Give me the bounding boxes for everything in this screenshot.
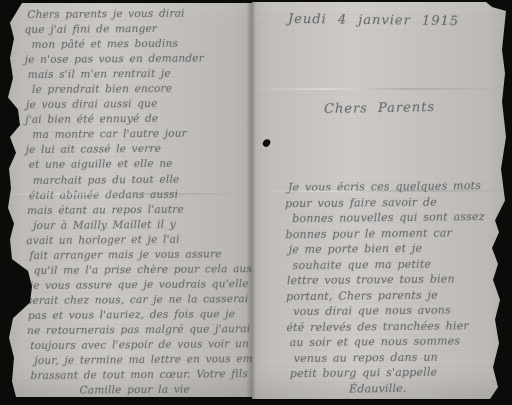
right-page-text: Je vous écris ces quelques motspour vous…: [285, 178, 503, 397]
handwritten-line: Camille pour la vie: [80, 382, 252, 399]
fold-crease: [4, 193, 254, 195]
handwritten-line: fait arranger mais je vous assure: [29, 247, 250, 264]
letter-page-left: Chers parents je vous diraique j'ai fini…: [4, 3, 254, 397]
letter-salutation: Chers Parents: [324, 100, 435, 117]
fold-crease: [252, 190, 506, 192]
handwritten-line: je vous assure que je voudrais qu'elle: [30, 277, 251, 294]
letter-page-right: Jeudi 4 janvier 1915 Chers Parents Je vo…: [252, 2, 506, 399]
letter-date: Jeudi 4 janvier 1915: [288, 12, 459, 29]
handwritten-line: Édauville.: [349, 379, 503, 396]
handwritten-line: bonnes nouvelles qui sont assez: [292, 209, 501, 227]
handwritten-line: qu'il me l'a prise chère pour cela aussi: [34, 262, 251, 279]
handwritten-line: brassant de tout mon cœur. Votre fils: [30, 367, 251, 384]
left-page-text: Chers parents je vous diraique j'ai fini…: [24, 6, 251, 399]
fold-crease: [252, 88, 506, 90]
letter-photograph: Chers parents je vous diraique j'ai fini…: [0, 0, 512, 405]
handwritten-line: Je vous écris ces quelques mots: [288, 178, 501, 196]
